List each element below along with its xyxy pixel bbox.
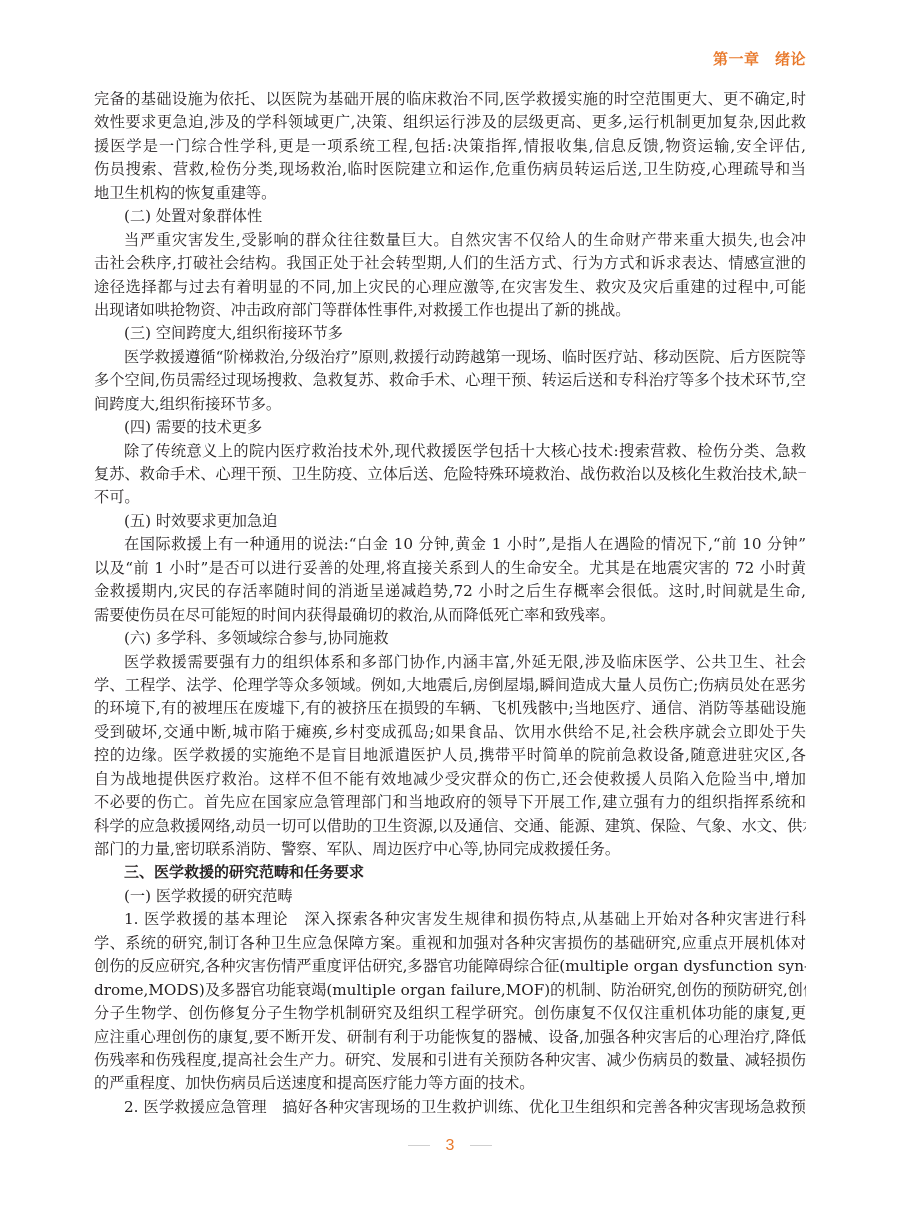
body-line: 学、系统的研究,制订各种卫生应急保障方案。重视和加强对各种灾害损伤的基础研究,应… [94, 932, 806, 955]
body-line: drome,MODS)及多器官功能衰竭(multiple organ failu… [94, 979, 806, 1002]
body-line: 以及“前 1 小时”是否可以进行妥善的处理,将直接关系到人的生命安全。尤其是在地… [94, 557, 806, 580]
body-line: 受到破坏,交通中断,城市陷于瘫痪,乡村变成孤岛;如果食品、饮用水供给不足,社会秩… [94, 721, 806, 744]
body-line: 自为战地提供医疗救治。这样不但不能有效地减少受灾群众的伤亡,还会使救援人员陷入危… [94, 768, 806, 791]
paragraph-first-line: 当严重灾害发生,受影响的群众往往数量巨大。自然灾害不仅给人的生命财产带来重大损失… [94, 229, 806, 252]
paragraph-first-line: 除了传统意义上的院内医疗救治技术外,现代救援医学包括十大核心技术:搜索营救、检伤… [94, 440, 806, 463]
paragraph-last-line: 地卫生机构的恢复重建等。 [94, 182, 806, 205]
body-line: 伤员搜索、营救,检伤分类,现场救治,临时医院建立和运作,危重伤病员转运后送,卫生… [94, 158, 806, 181]
body-line: 援医学是一门综合性学科,更是一项系统工程,包括:决策指挥,情报收集,信息反馈,物… [94, 135, 806, 158]
paragraph-last-line: 的严重程度、加快伤病员后送速度和提高医疗能力等方面的技术。 [94, 1072, 806, 1095]
running-header-chapter-title: 第一章 绪论 [713, 48, 806, 69]
footer-dash-left [408, 1145, 430, 1146]
body-line: 多个空间,伤员需经过现场搜救、急救复苏、救命手术、心理干预、转运后送和专科治疗等… [94, 369, 806, 392]
body-line: 科学的应急救援网络,动员一切可以借助的卫生资源,以及通信、交通、能源、建筑、保险… [94, 815, 806, 838]
body-line: 金救援期内,灾民的存活率随时间的消逝呈递减趋势,72 小时之后生存概率会很低。这… [94, 580, 806, 603]
subsection-heading: (六) 多学科、多领域综合参与,协同施救 [94, 627, 806, 650]
subsection-heading: (一) 医学救援的研究范畴 [94, 885, 806, 908]
page-footer: 3 [0, 1137, 900, 1155]
paragraph-last-line: 不可。 [94, 486, 806, 509]
body-line: 的环境下,有的被埋压在废墟下,有的被挤压在损毁的车辆、飞机残骸中;当地医疗、通信… [94, 697, 806, 720]
subsection-heading: (五) 时效要求更加急迫 [94, 510, 806, 533]
body-line: 完备的基础设施为依托、以医院为基础开展的临床救治不同,医学救援实施的时空范围更大… [94, 88, 806, 111]
paragraph-last-line: 部门的力量,密切联系消防、警察、军队、周边医疗中心等,协同完成救援任务。 [94, 838, 806, 861]
body-line: 创伤的反应研究,各种灾害伤情严重度评估研究,多器官功能障碍综合征(multipl… [94, 955, 806, 978]
body-line: 击社会秩序,打破社会结构。我国正处于社会转型期,人们的生活方式、行为方式和诉求表… [94, 252, 806, 275]
body-line: 学、工程学、法学、伦理学等众多领域。例如,大地震后,房倒屋塌,瞬间造成大量人员伤… [94, 674, 806, 697]
body-line: 效性要求更急迫,涉及的学科领域更广,决策、组织运行涉及的层级更高、更多,运行机制… [94, 111, 806, 134]
subsection-heading: (三) 空间跨度大,组织衔接环节多 [94, 322, 806, 345]
paragraph-first-line: 1. 医学救援的基本理论 深入探索各种灾害发生规律和损伤特点,从基础上开始对各种… [94, 908, 806, 931]
paragraph-last-line: 需要使伤员在尽可能短的时间内获得最确切的救治,从而降低死亡率和致残率。 [94, 604, 806, 627]
body-line: 不必要的伤亡。首先应在国家应急管理部门和当地政府的领导下开展工作,建立强有力的组… [94, 791, 806, 814]
body-line: 控的边缘。医学救援的实施绝不是盲目地派遣医护人员,携带平时简单的院前急救设备,随… [94, 744, 806, 767]
paragraph-first-line: 2. 医学救援应急管理 搞好各种灾害现场的卫生救护训练、优化卫生组织和完善各种灾… [94, 1096, 806, 1119]
paragraph-last-line: 间跨度大,组织衔接环节多。 [94, 393, 806, 416]
footer-dash-right [470, 1145, 492, 1146]
body-line: 途径选择都与过去有着明显的不同,加上灾民的心理应激等,在灾害发生、救灾及灾后重建… [94, 276, 806, 299]
body-line: 应注重心理创伤的康复,要不断开发、研制有利于功能恢复的器械、设备,加强各种灾害后… [94, 1026, 806, 1049]
page-number: 3 [446, 1137, 455, 1154]
paragraph-first-line: 医学救援需要强有力的组织体系和多部门协作,内涵丰富,外延无限,涉及临床医学、公共… [94, 651, 806, 674]
page-body-text: 完备的基础设施为依托、以医院为基础开展的临床救治不同,医学救援实施的时空范围更大… [94, 88, 806, 1119]
body-line: 分子生物学、创伤修复分子生物学机制研究及组织工程学研究。创伤康复不仅仅注重机体功… [94, 1002, 806, 1025]
subsection-heading: (二) 处置对象群体性 [94, 205, 806, 228]
paragraph-first-line: 在国际救援上有一种通用的说法:“白金 10 分钟,黄金 1 小时”,是指人在遇险… [94, 533, 806, 556]
section-heading: 三、医学救援的研究范畴和任务要求 [94, 861, 806, 884]
subsection-heading: (四) 需要的技术更多 [94, 416, 806, 439]
body-line: 复苏、救命手术、心理干预、卫生防疫、立体后送、危险特殊环境救治、战伤救治以及核化… [94, 463, 806, 486]
body-line: 伤残率和伤残程度,提高社会生产力。研究、发展和引进有关预防各种灾害、减少伤病员的… [94, 1049, 806, 1072]
paragraph-last-line: 出现诸如哄抢物资、冲击政府部门等群体性事件,对救援工作也提出了新的挑战。 [94, 299, 806, 322]
paragraph-first-line: 医学救援遵循“阶梯救治,分级治疗”原则,救援行动跨越第一现场、临时医疗站、移动医… [94, 346, 806, 369]
